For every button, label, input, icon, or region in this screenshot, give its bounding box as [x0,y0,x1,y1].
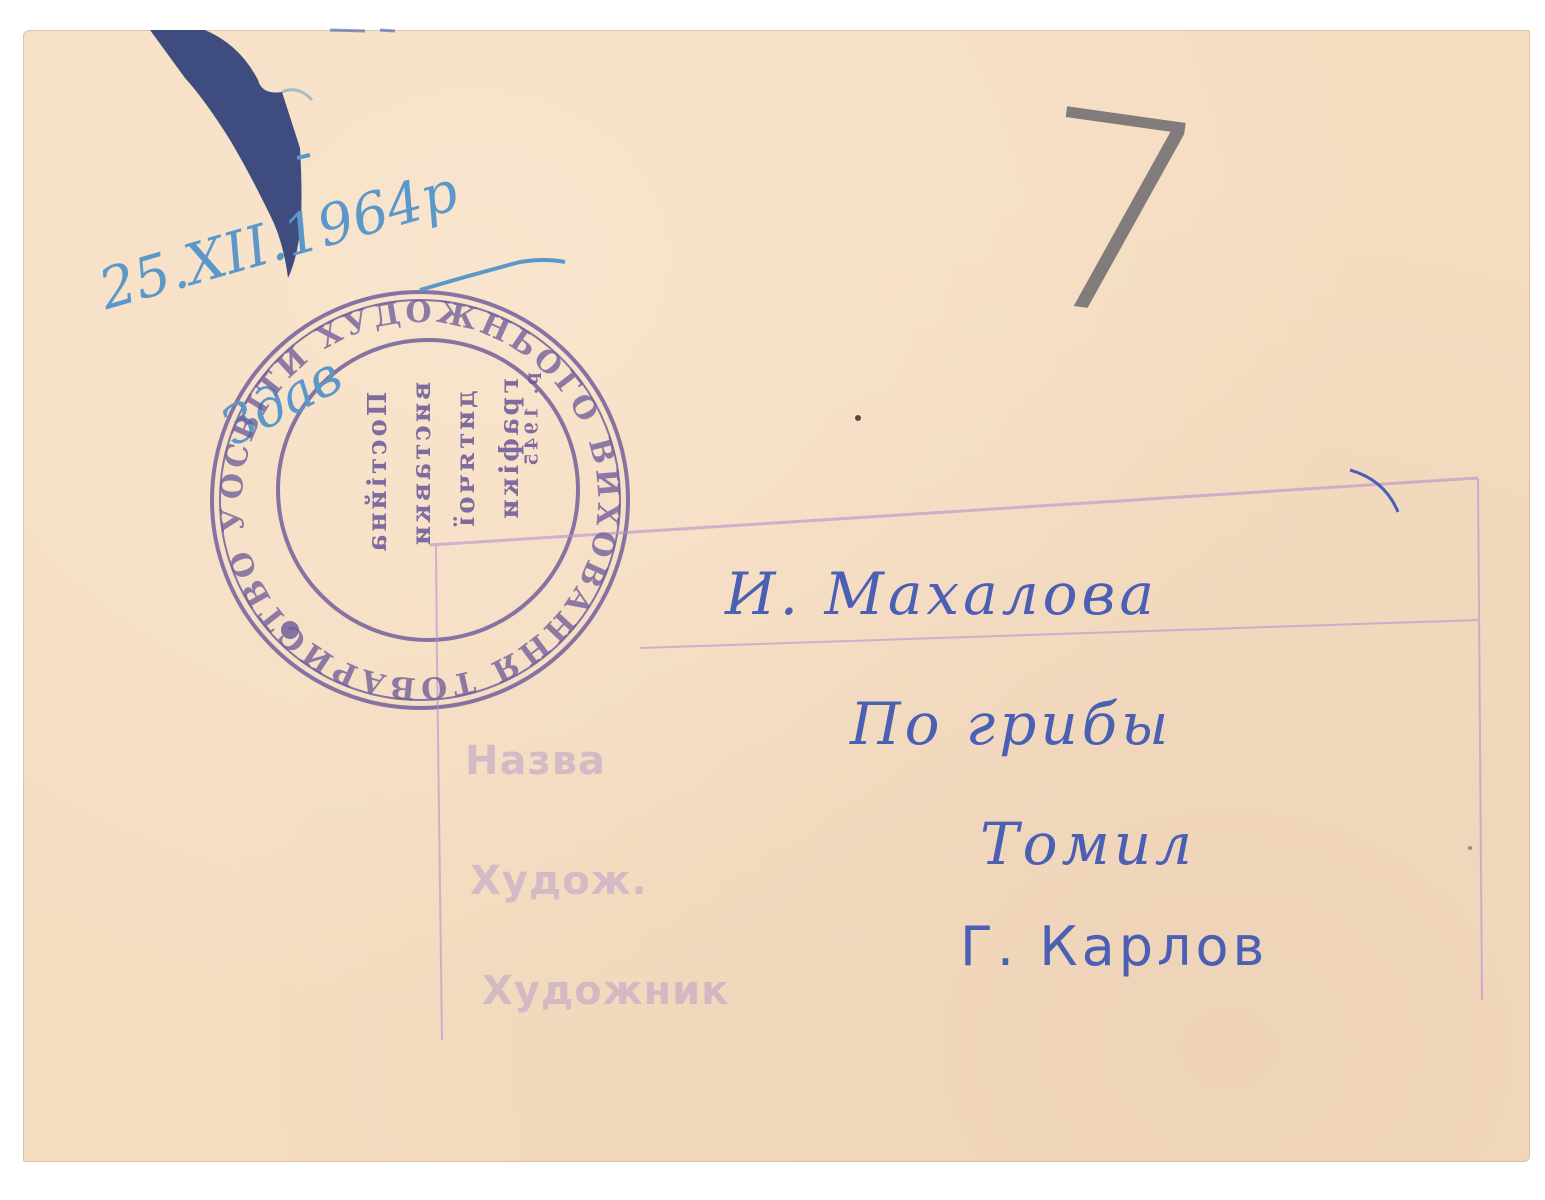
stamp-inner-line-3: дитячої [451,360,481,560]
address-line-1: И. Махалова [725,560,1158,628]
address-line-3: Томил [980,810,1196,878]
form-label-title: Назва [465,738,606,784]
stamp-inner-line-5: р. 1945 [522,341,543,501]
stamp-inner-line-1: Постійна [363,373,393,573]
stamp-inner-line-4: графіки [495,350,525,550]
form-label-artist-short: Худож. [470,858,648,904]
address-line-2: По грибы [850,690,1172,758]
form-label-artist: Художник [482,968,729,1014]
address-line-4: Г. Карлов [960,915,1268,978]
stamp-inner-line-2: виставки [407,365,437,565]
